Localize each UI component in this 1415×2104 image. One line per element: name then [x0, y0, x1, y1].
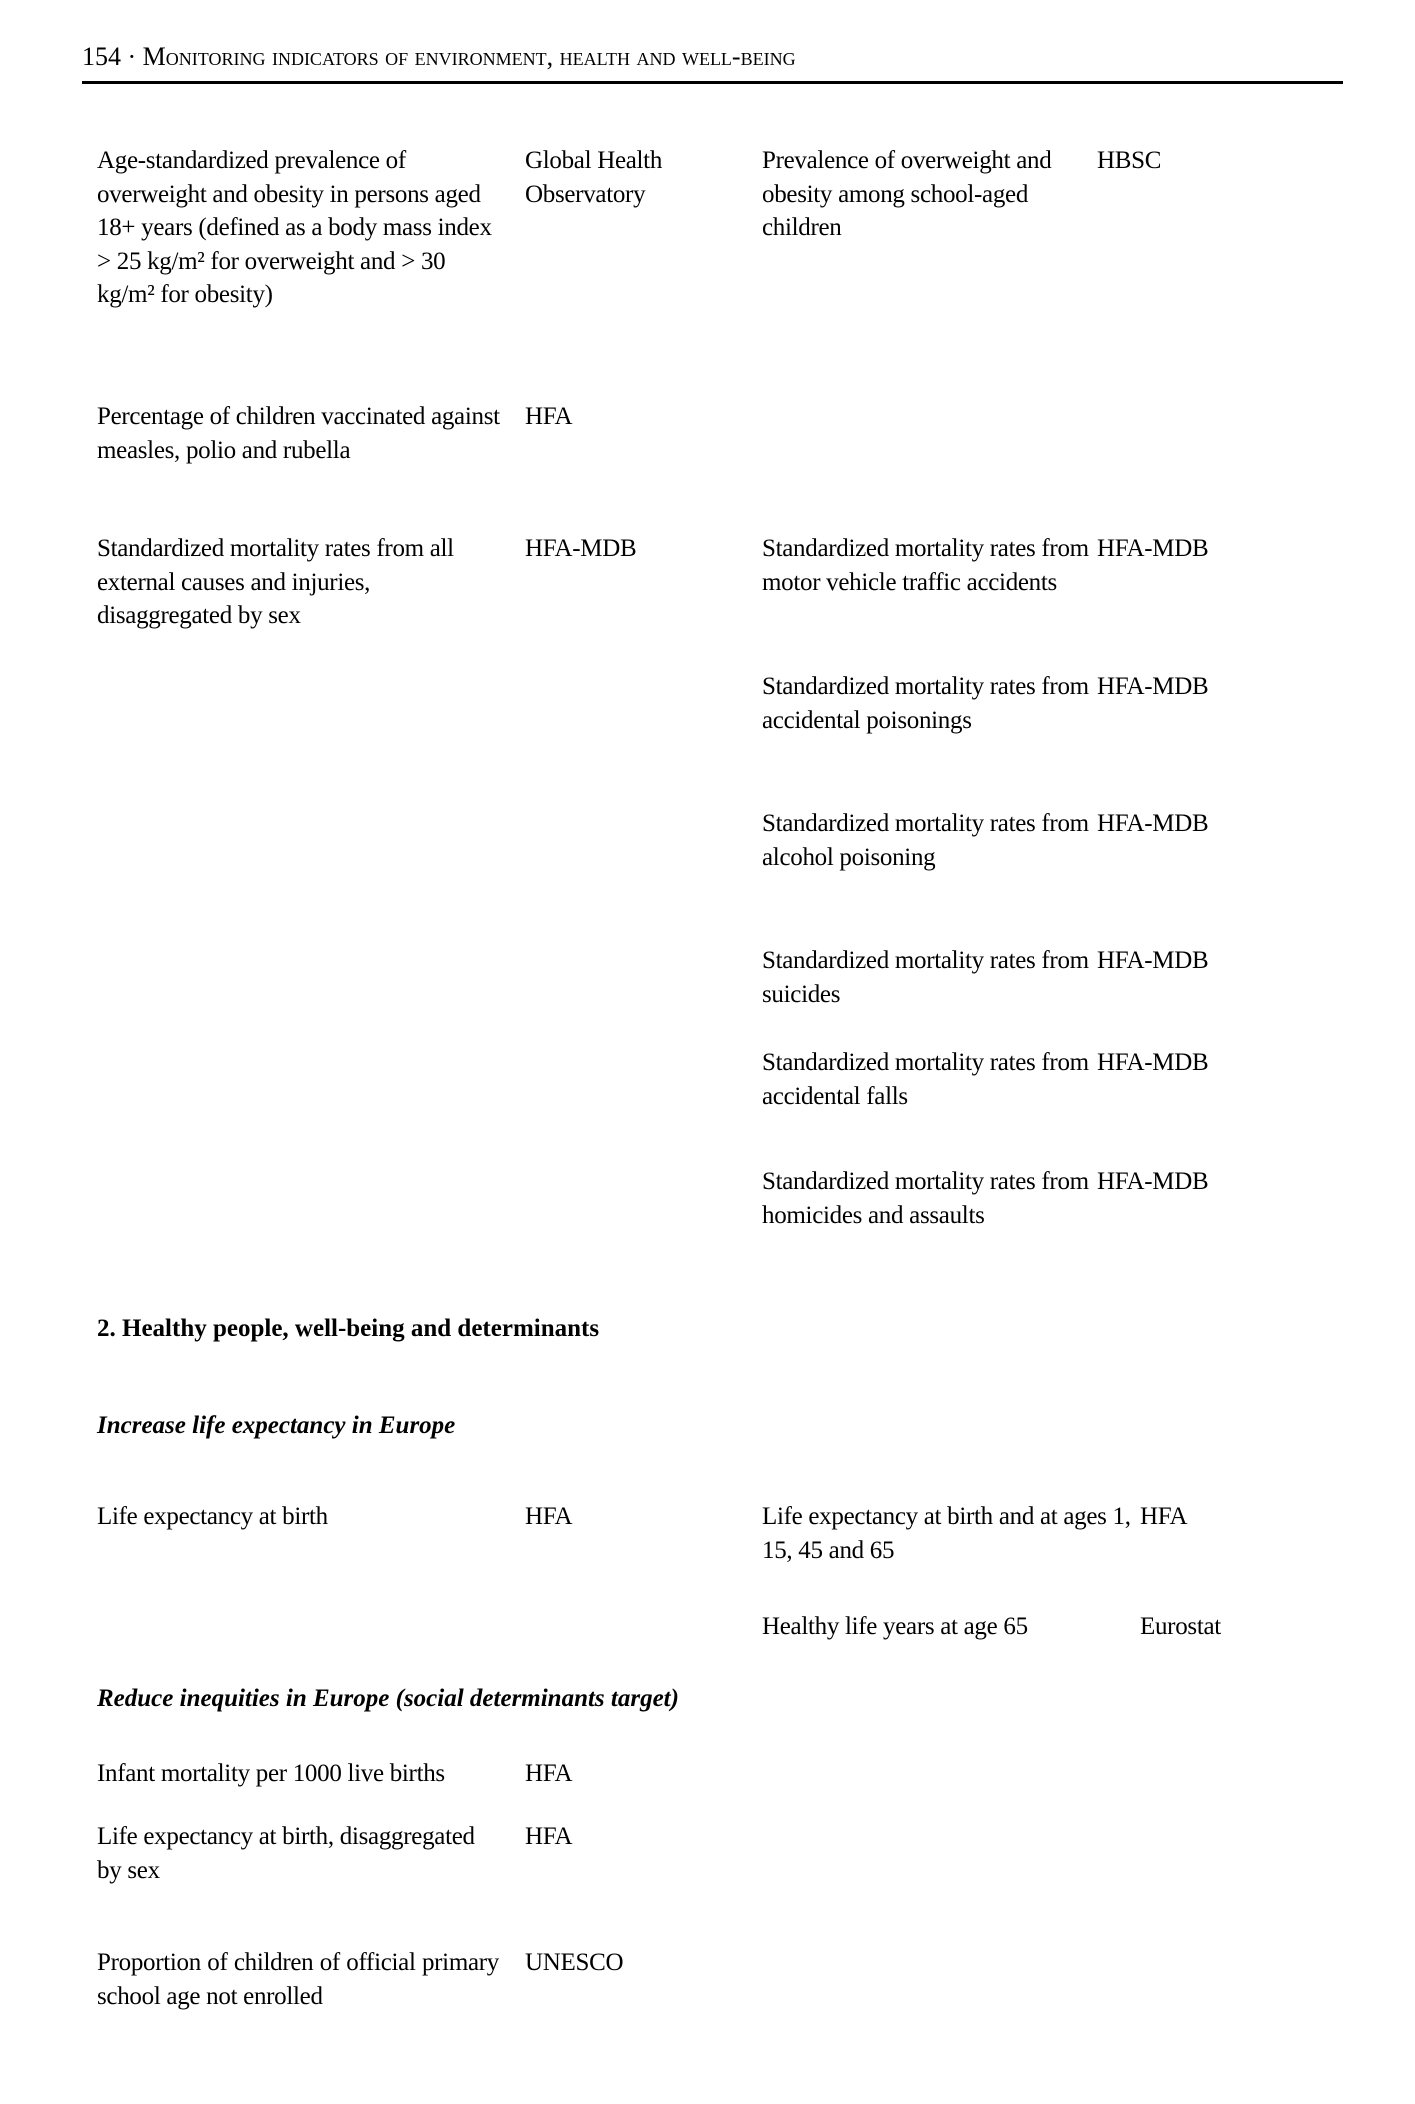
table-row-source: HFA — [525, 1757, 745, 1791]
running-title: Monitoring indicators of environment, he… — [143, 42, 796, 71]
table-row-source: Global Health Observatory — [525, 144, 745, 211]
table-row-indicator: Proportion of children of official prima… — [97, 1946, 499, 2013]
table-row-indicator: Standardized mortality rates from all ex… — [97, 532, 505, 633]
related-indicator: Standardized mortality rates from motor … — [762, 532, 1097, 599]
page-number: 154 — [82, 42, 121, 71]
table-row-source: HFA-MDB — [525, 532, 745, 566]
related-indicator: Standardized mortality rates from accide… — [762, 670, 1097, 737]
related-source: HFA-MDB — [1097, 670, 1347, 704]
related-indicator: Standardized mortality rates from accide… — [762, 1046, 1097, 1113]
table-row-source: HFA — [525, 400, 745, 434]
related-indicator: Standardized mortality rates from alcoho… — [762, 807, 1097, 874]
section-heading: 2. Healthy people, well-being and determ… — [97, 1312, 599, 1346]
related-indicator: Standardized mortality rates from suicid… — [762, 944, 1097, 1011]
related-indicator: Life expectancy at birth and at ages 1, … — [762, 1500, 1142, 1567]
table-row-indicator: Life expectancy at birth, disaggregated … — [97, 1820, 505, 1887]
header-rule — [82, 81, 1343, 84]
related-source: HFA — [1140, 1500, 1360, 1534]
related-source: HFA-MDB — [1097, 532, 1347, 566]
table-row-source: UNESCO — [525, 1946, 745, 1980]
related-indicator: Standardized mortality rates from homici… — [762, 1165, 1097, 1232]
related-source: HFA-MDB — [1097, 1046, 1347, 1080]
related-indicator: Healthy life years at age 65 — [762, 1610, 1142, 1644]
running-header: 154 · Monitoring indicators of environme… — [82, 40, 796, 74]
related-source: HFA-MDB — [1097, 944, 1347, 978]
table-row-indicator: Percentage of children vaccinated agains… — [97, 400, 505, 467]
related-source: HFA-MDB — [1097, 807, 1347, 841]
table-row-source: HFA — [525, 1820, 745, 1854]
related-source: HBSC — [1097, 144, 1347, 178]
table-row-source: HFA — [525, 1500, 745, 1534]
related-source: Eurostat — [1140, 1610, 1360, 1644]
target-heading: Increase life expectancy in Europe — [97, 1409, 455, 1443]
related-indicator: Prevalence of overweight and obesity amo… — [762, 144, 1097, 245]
target-heading: Reduce inequities in Europe (social dete… — [97, 1682, 679, 1716]
table-row-indicator: Life expectancy at birth — [97, 1500, 505, 1534]
table-row-indicator: Infant mortality per 1000 live births — [97, 1757, 517, 1791]
table-row-indicator: Age-standardized prevalence of overweigh… — [97, 144, 505, 312]
related-source: HFA-MDB — [1097, 1165, 1347, 1199]
header-separator: · — [128, 42, 137, 71]
